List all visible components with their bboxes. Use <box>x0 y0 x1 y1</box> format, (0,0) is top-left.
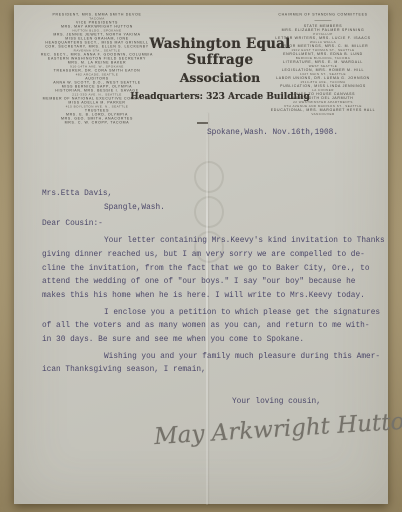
closing-line: Your loving cousin, <box>232 398 321 406</box>
typed-line: ican Thanksgiving season, I remain, <box>42 364 380 378</box>
typed-line: giving dinner reached us, but I am very … <box>42 249 380 263</box>
committee-line: Vancouver <box>252 113 394 117</box>
handwritten-signature: May Arkwright Hutton <box>153 408 402 450</box>
officer-line: MRS. C. W. CROPP, Tacoma <box>22 121 172 125</box>
photo-backdrop: PRESIDENT, MRS. EMMA SMITH DEVOETacomaVI… <box>0 0 402 512</box>
committees-header: Chairmen of Standing Committees <box>252 13 394 17</box>
typed-line: makes this his home when he is here. I w… <box>42 290 380 304</box>
typed-line: Wishing you and your family much pleasur… <box>42 351 380 365</box>
typed-line: Your letter containing Mrs.Keevy's kind … <box>42 235 380 249</box>
committees-divider <box>315 20 332 21</box>
committees-list: STATE MEMBERSMRS. ELIZABETH PALMER SPINN… <box>252 25 394 117</box>
typed-line: I enclose you a petition to which please… <box>42 307 380 321</box>
typed-line: attend the wedding of one of "our boys."… <box>42 276 380 290</box>
typed-line: cline the invitation, from the fact that… <box>42 263 380 277</box>
typed-line: of all the voters and as many women as y… <box>42 320 380 334</box>
letter-paper: PRESIDENT, MRS. EMMA SMITH DEVOETacomaVI… <box>14 5 388 504</box>
letter-body: Mrs.Etta Davis,Spangle,Wash.Dear Cousin:… <box>42 188 380 378</box>
typed-line: Mrs.Etta Davis, <box>42 188 380 202</box>
typed-line: in 30 days. Be sure and see me when you … <box>42 334 380 348</box>
dateline: Spokane,Wash. Nov.16th,1908. <box>207 129 338 137</box>
typed-line: Dear Cousin:- <box>42 218 380 232</box>
typed-line: Spangle,Wash. <box>42 202 380 216</box>
